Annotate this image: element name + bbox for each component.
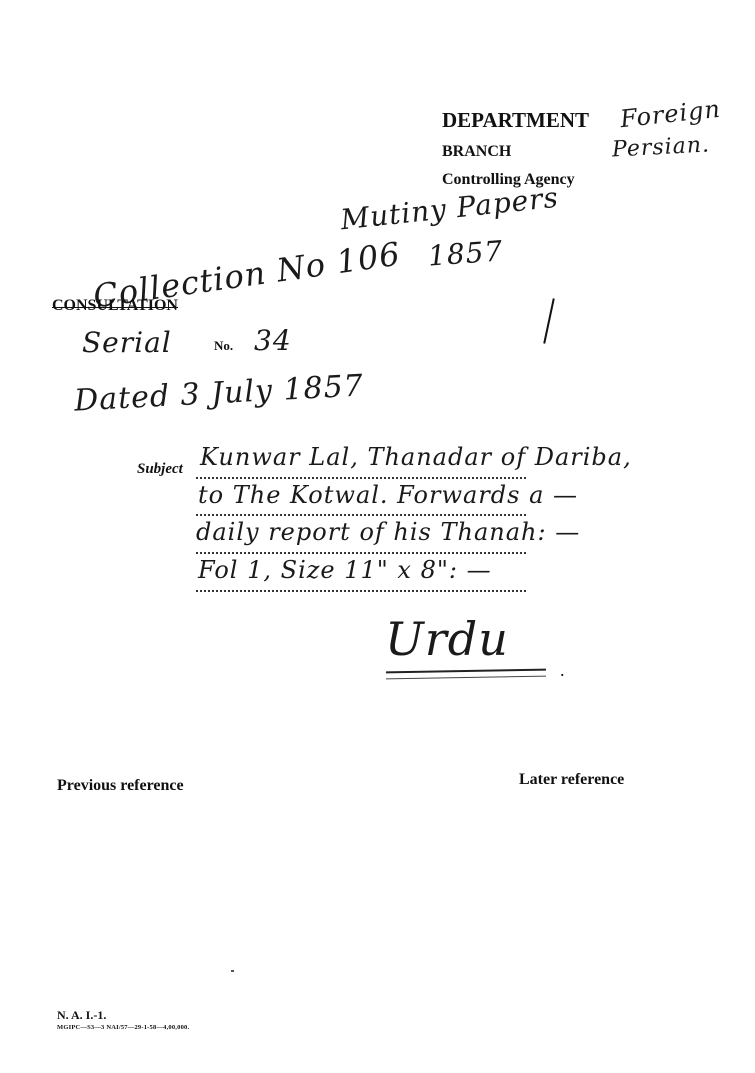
subject-dotted-line (196, 590, 526, 592)
strikethrough-line (52, 307, 178, 308)
serial-number-value: 34 (254, 324, 292, 357)
consultation-text: CONSULTATION (52, 297, 178, 314)
branch-value: Persian. (611, 132, 710, 162)
ink-dot: . (560, 660, 565, 681)
department-value: Foreign (619, 95, 722, 133)
form-code: N. A. I.-1. (57, 1008, 106, 1023)
subject-label: Subject (137, 461, 183, 478)
subject-dotted-line (196, 514, 526, 516)
branch-label: BRANCH (442, 143, 511, 161)
serial-no-label: No. (214, 338, 233, 354)
subject-line-2: to The Kotwal. Forwards a — (198, 481, 578, 509)
serial-handwritten-label: Serial (82, 326, 172, 359)
subject-dotted-line (196, 552, 526, 554)
language-note: Urdu (385, 612, 509, 666)
pen-stroke-mark (543, 298, 555, 343)
controlling-agency-year: 1857 (427, 234, 504, 272)
language-underline-second (386, 676, 546, 680)
stray-ink-mark (231, 970, 234, 972)
language-underline (386, 669, 546, 674)
dated-line: Dated 3 July 1857 (73, 368, 364, 418)
subject-line-4: Fol 1, Size 11" x 8": — (198, 556, 492, 584)
subject-line-1: Kunwar Lal, Thanadar of Dariba, (200, 443, 632, 471)
previous-reference-label: Previous reference (57, 777, 184, 795)
print-imprint-line: MGIPC—S3—3 NAI/57—29-1-58—4,00,000. (57, 1024, 189, 1031)
consultation-label: CONSULTATION (52, 297, 178, 315)
later-reference-label: Later reference (519, 771, 624, 789)
subject-dotted-line (196, 477, 526, 479)
subject-line-3: daily report of his Thanah: — (196, 518, 580, 546)
department-label: DEPARTMENT (442, 108, 589, 133)
